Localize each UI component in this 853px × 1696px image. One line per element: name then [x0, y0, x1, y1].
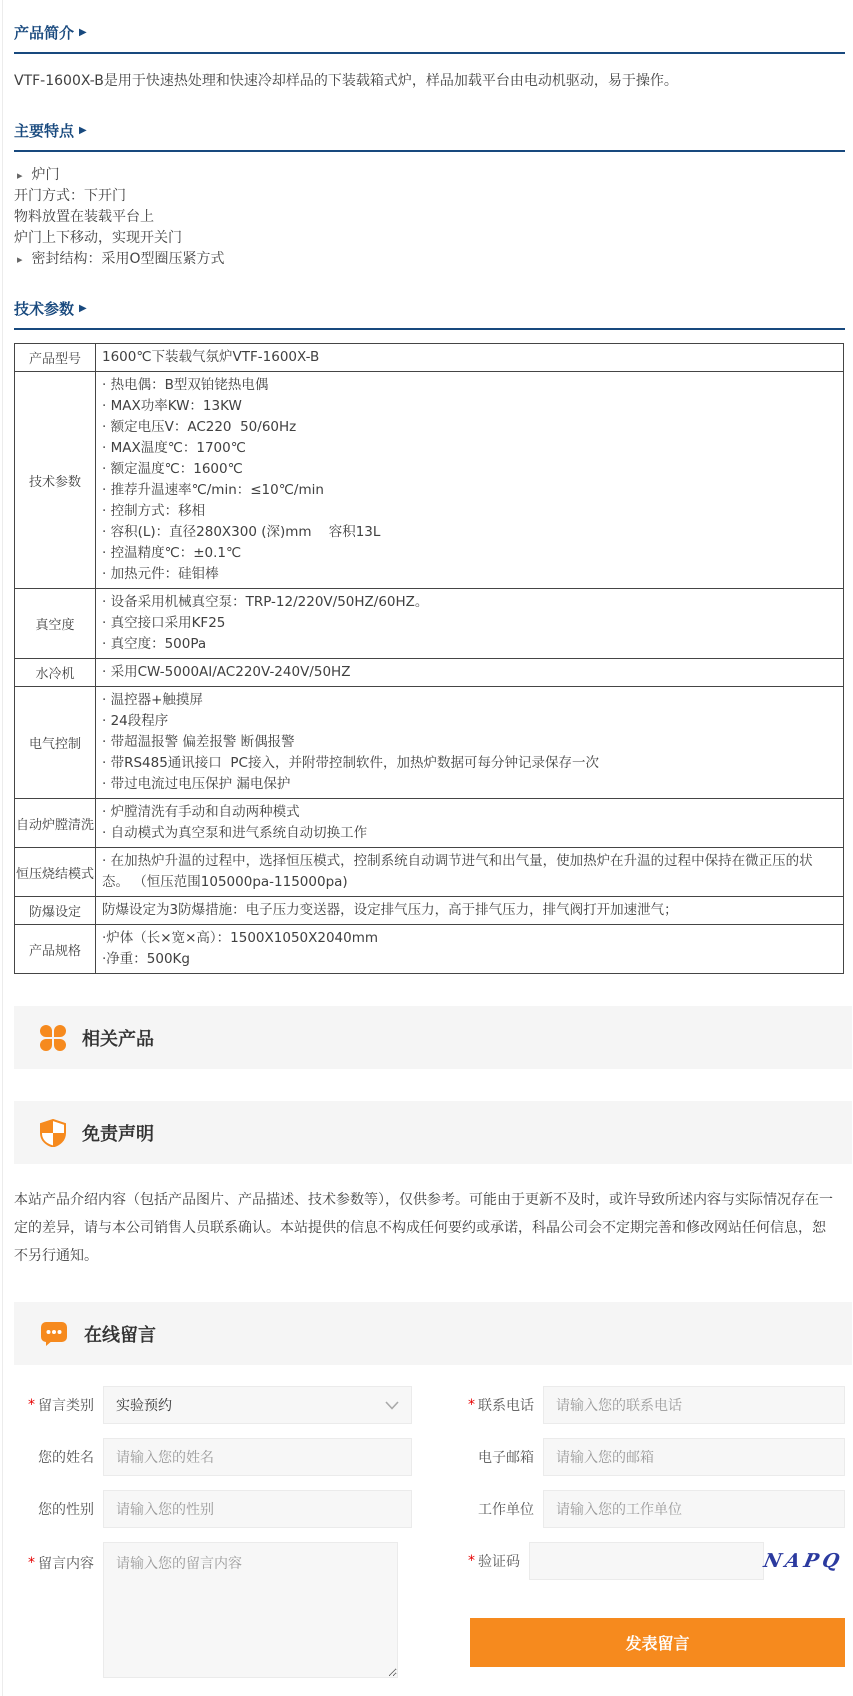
spec-label: 电气控制	[15, 687, 96, 799]
spec-label: 产品规格	[15, 925, 96, 974]
field-label: 您的性别	[14, 1499, 94, 1519]
form-row: 您的姓名 电子邮箱	[14, 1438, 845, 1476]
online-message-banner: 在线留言	[14, 1302, 852, 1365]
disclaimer-banner: 免责声明	[14, 1101, 852, 1164]
spec-label: 真空度	[15, 589, 96, 659]
form-row: * 留言类别 实验预约 * 联系电话	[14, 1386, 845, 1424]
form-row: * 留言内容 * 验证码 NAPQ 发表留言	[14, 1542, 845, 1678]
spec-line: · 炉膛清洗有手动和自动两种模式	[102, 802, 837, 823]
arrow-right-icon: ▶	[79, 126, 87, 136]
table-row: 恒压烧结模式 · 在加热炉升温的过程中，选择恒压模式，控制系统自动调节进气和出气…	[15, 848, 844, 897]
spec-line: · 控制方式：移相	[102, 501, 837, 522]
spec-line: · 推荐升温速率℃/min：≤10℃/min	[102, 480, 837, 501]
form-field-content: * 留言内容	[14, 1542, 398, 1678]
spec-line: · 在加热炉升温的过程中，选择恒压模式，控制系统自动调节进气和出气量，使加热炉在…	[102, 851, 837, 893]
spec-line: · 加热元件：硅钼棒	[102, 564, 837, 585]
form-field-category: * 留言类别 实验预约	[14, 1386, 412, 1424]
section-title-features: 主要特点 ▶	[14, 120, 845, 141]
product-description: VTF-1600X-B是用于快速热处理和快速冷却样品的下装载箱式炉，样品加载平台…	[14, 71, 845, 92]
spec-line: ·炉体（长×宽×高）：1500X1050X2040mm	[102, 928, 837, 949]
feature-list: ▸ 炉门 开门方式：下开门 物料放置在装载平台上 炉门上下移动，实现开关门 ▸ …	[14, 165, 845, 270]
table-row: 防爆设定 防爆设定为3防爆措施：电子压力变送器，设定排气压力，高于排气压力，排气…	[15, 897, 844, 925]
spec-table: 产品型号 1600℃下装载气氛炉VTF-1600X-B 技术参数 · 热电偶：B…	[14, 343, 844, 974]
spec-label: 水冷机	[15, 659, 96, 687]
section-title-text: 主要特点	[14, 120, 74, 141]
phone-input[interactable]	[543, 1386, 845, 1424]
chat-bubble-icon	[40, 1320, 68, 1347]
banner-title: 在线留言	[84, 1321, 156, 1347]
spec-line: · 额定电压V：AC220 50/60Hz	[102, 417, 837, 438]
required-mark: *	[28, 1397, 35, 1413]
spec-line: · 容积(L)：直径280X300 (深)mm 容积13L	[102, 522, 837, 543]
banner-title: 免责声明	[82, 1120, 154, 1146]
company-input[interactable]	[543, 1490, 845, 1528]
form-field-company: 工作单位	[444, 1490, 845, 1528]
section-divider	[14, 328, 845, 330]
section-title-text: 技术参数	[14, 298, 74, 319]
section-title-text: 产品简介	[14, 22, 74, 43]
spec-line: · 真空度：500Pa	[102, 634, 837, 655]
spec-line: · 控温精度℃：±0.1℃	[102, 543, 837, 564]
field-label: * 留言内容	[14, 1542, 94, 1573]
section-divider	[14, 52, 845, 54]
related-products-banner: 相关产品	[14, 1006, 852, 1069]
spec-line: · 额定温度℃：1600℃	[102, 459, 837, 480]
form-field-phone: * 联系电话	[444, 1386, 845, 1424]
spec-line: · 温控器+触摸屏	[102, 690, 837, 711]
spec-label: 自动炉膛清洗	[15, 799, 96, 848]
arrow-right-icon: ▶	[79, 28, 87, 38]
email-input[interactable]	[543, 1438, 845, 1476]
gender-input[interactable]	[103, 1490, 412, 1528]
submit-message-button[interactable]: 发表留言	[470, 1618, 845, 1667]
spec-label: 技术参数	[15, 372, 96, 589]
list-item: ▸ 密封结构：采用O型圈压紧方式	[14, 249, 845, 270]
table-row: 水冷机 · 采用CW-5000AI/AC220V-240V/50HZ	[15, 659, 844, 687]
required-mark: *	[28, 1555, 35, 1571]
feature-text: 物料放置在装载平台上	[14, 207, 154, 228]
section-title-specs: 技术参数 ▶	[14, 298, 845, 319]
feature-text: 密封结构：采用O型圈压紧方式	[32, 249, 225, 270]
field-label: 工作单位	[444, 1499, 534, 1519]
required-mark: *	[468, 1397, 475, 1413]
spec-line: · 带RS485通讯接口 PC接入，并附带控制软件，加热炉数据可每分钟记录保存一…	[102, 753, 837, 774]
spec-label: 产品型号	[15, 344, 96, 372]
list-item: ▸ 炉门	[14, 165, 845, 186]
form-field-email: 电子邮箱	[444, 1438, 845, 1476]
bullet-icon: ▸	[17, 165, 23, 186]
captcha-and-submit: * 验证码 NAPQ 发表留言	[430, 1542, 845, 1678]
form-field-name: 您的姓名	[14, 1438, 412, 1476]
field-label: 电子邮箱	[444, 1447, 534, 1467]
bullet-icon: ▸	[17, 249, 23, 270]
banner-title: 相关产品	[82, 1025, 154, 1051]
form-row: 您的性别 工作单位	[14, 1490, 845, 1528]
table-row: 产品型号 1600℃下装载气氛炉VTF-1600X-B	[15, 344, 844, 372]
category-select[interactable]: 实验预约	[103, 1386, 412, 1424]
spec-line: · 热电偶：B型双铂铑热电偶	[102, 375, 837, 396]
field-label: 您的姓名	[14, 1447, 94, 1467]
spec-line: · 带过电流过电压保护 漏电保护	[102, 774, 837, 795]
spec-line: · 设备采用机械真空泵：TRP-12/220V/50HZ/60HZ。	[102, 592, 837, 613]
table-row: 电气控制 · 温控器+触摸屏 · 24段程序 · 带超温报警 偏差报警 断偶报警…	[15, 687, 844, 799]
spec-line: · MAX功率KW：13KW	[102, 396, 837, 417]
feature-text: 炉门	[32, 165, 60, 186]
disclaimer-text: 本站产品介绍内容（包括产品图片、产品描述、技术参数等），仅供参考。可能由于更新不…	[14, 1186, 836, 1270]
table-row: 产品规格 ·炉体（长×宽×高）：1500X1050X2040mm ·净重：500…	[15, 925, 844, 974]
field-label: * 留言类别	[14, 1395, 94, 1415]
list-item: 炉门上下移动，实现开关门	[14, 228, 845, 249]
spec-line: · 采用CW-5000AI/AC220V-240V/50HZ	[102, 662, 837, 683]
required-mark: *	[468, 1553, 475, 1569]
select-value: 实验预约	[116, 1395, 172, 1415]
spec-label: 防爆设定	[15, 897, 96, 925]
feature-text: 开门方式：下开门	[14, 186, 126, 207]
form-field-gender: 您的性别	[14, 1490, 412, 1528]
list-item: 开门方式：下开门	[14, 186, 845, 207]
chevron-down-icon	[385, 1401, 399, 1410]
spec-line: 1600℃下装载气氛炉VTF-1600X-B	[102, 347, 837, 368]
message-content-textarea[interactable]	[103, 1542, 398, 1678]
field-label: * 联系电话	[444, 1395, 534, 1415]
table-row: 自动炉膛清洗 · 炉膛清洗有手动和自动两种模式 · 自动模式为真空泵和进气系统自…	[15, 799, 844, 848]
section-divider	[14, 150, 845, 152]
spec-line: ·净重：500Kg	[102, 949, 837, 970]
message-form: * 留言类别 实验预约 * 联系电话	[14, 1386, 845, 1678]
arrow-right-icon: ▶	[79, 304, 87, 314]
name-input[interactable]	[103, 1438, 412, 1476]
spec-label: 恒压烧结模式	[15, 848, 96, 897]
spec-line: · 自动模式为真空泵和进气系统自动切换工作	[102, 823, 837, 844]
shield-icon	[40, 1119, 66, 1147]
feature-text: 炉门上下移动，实现开关门	[14, 228, 182, 249]
list-item: 物料放置在装载平台上	[14, 207, 845, 228]
captcha-input[interactable]	[529, 1542, 764, 1580]
captcha-image[interactable]: NAPQ	[762, 1550, 846, 1572]
spec-line: · 带超温报警 偏差报警 断偶报警	[102, 732, 837, 753]
section-title-intro: 产品简介 ▶	[14, 22, 845, 43]
spec-line: · MAX温度℃：1700℃	[102, 438, 837, 459]
product-detail-page: 产品简介 ▶ VTF-1600X-B是用于快速热处理和快速冷却样品的下装载箱式炉…	[14, 0, 845, 1696]
form-field-captcha: * 验证码 NAPQ	[430, 1542, 845, 1580]
table-row: 真空度 · 设备采用机械真空泵：TRP-12/220V/50HZ/60HZ。 ·…	[15, 589, 844, 659]
table-row: 技术参数 · 热电偶：B型双铂铑热电偶 · MAX功率KW：13KW · 额定电…	[15, 372, 844, 589]
spec-line: · 真空接口采用KF25	[102, 613, 837, 634]
spec-line: 防爆设定为3防爆措施：电子压力变送器，设定排气压力，高于排气压力，排气阀打开加速…	[102, 900, 837, 921]
field-label: * 验证码	[430, 1551, 520, 1571]
spec-line: · 24段程序	[102, 711, 837, 732]
clover-icon	[40, 1025, 66, 1051]
